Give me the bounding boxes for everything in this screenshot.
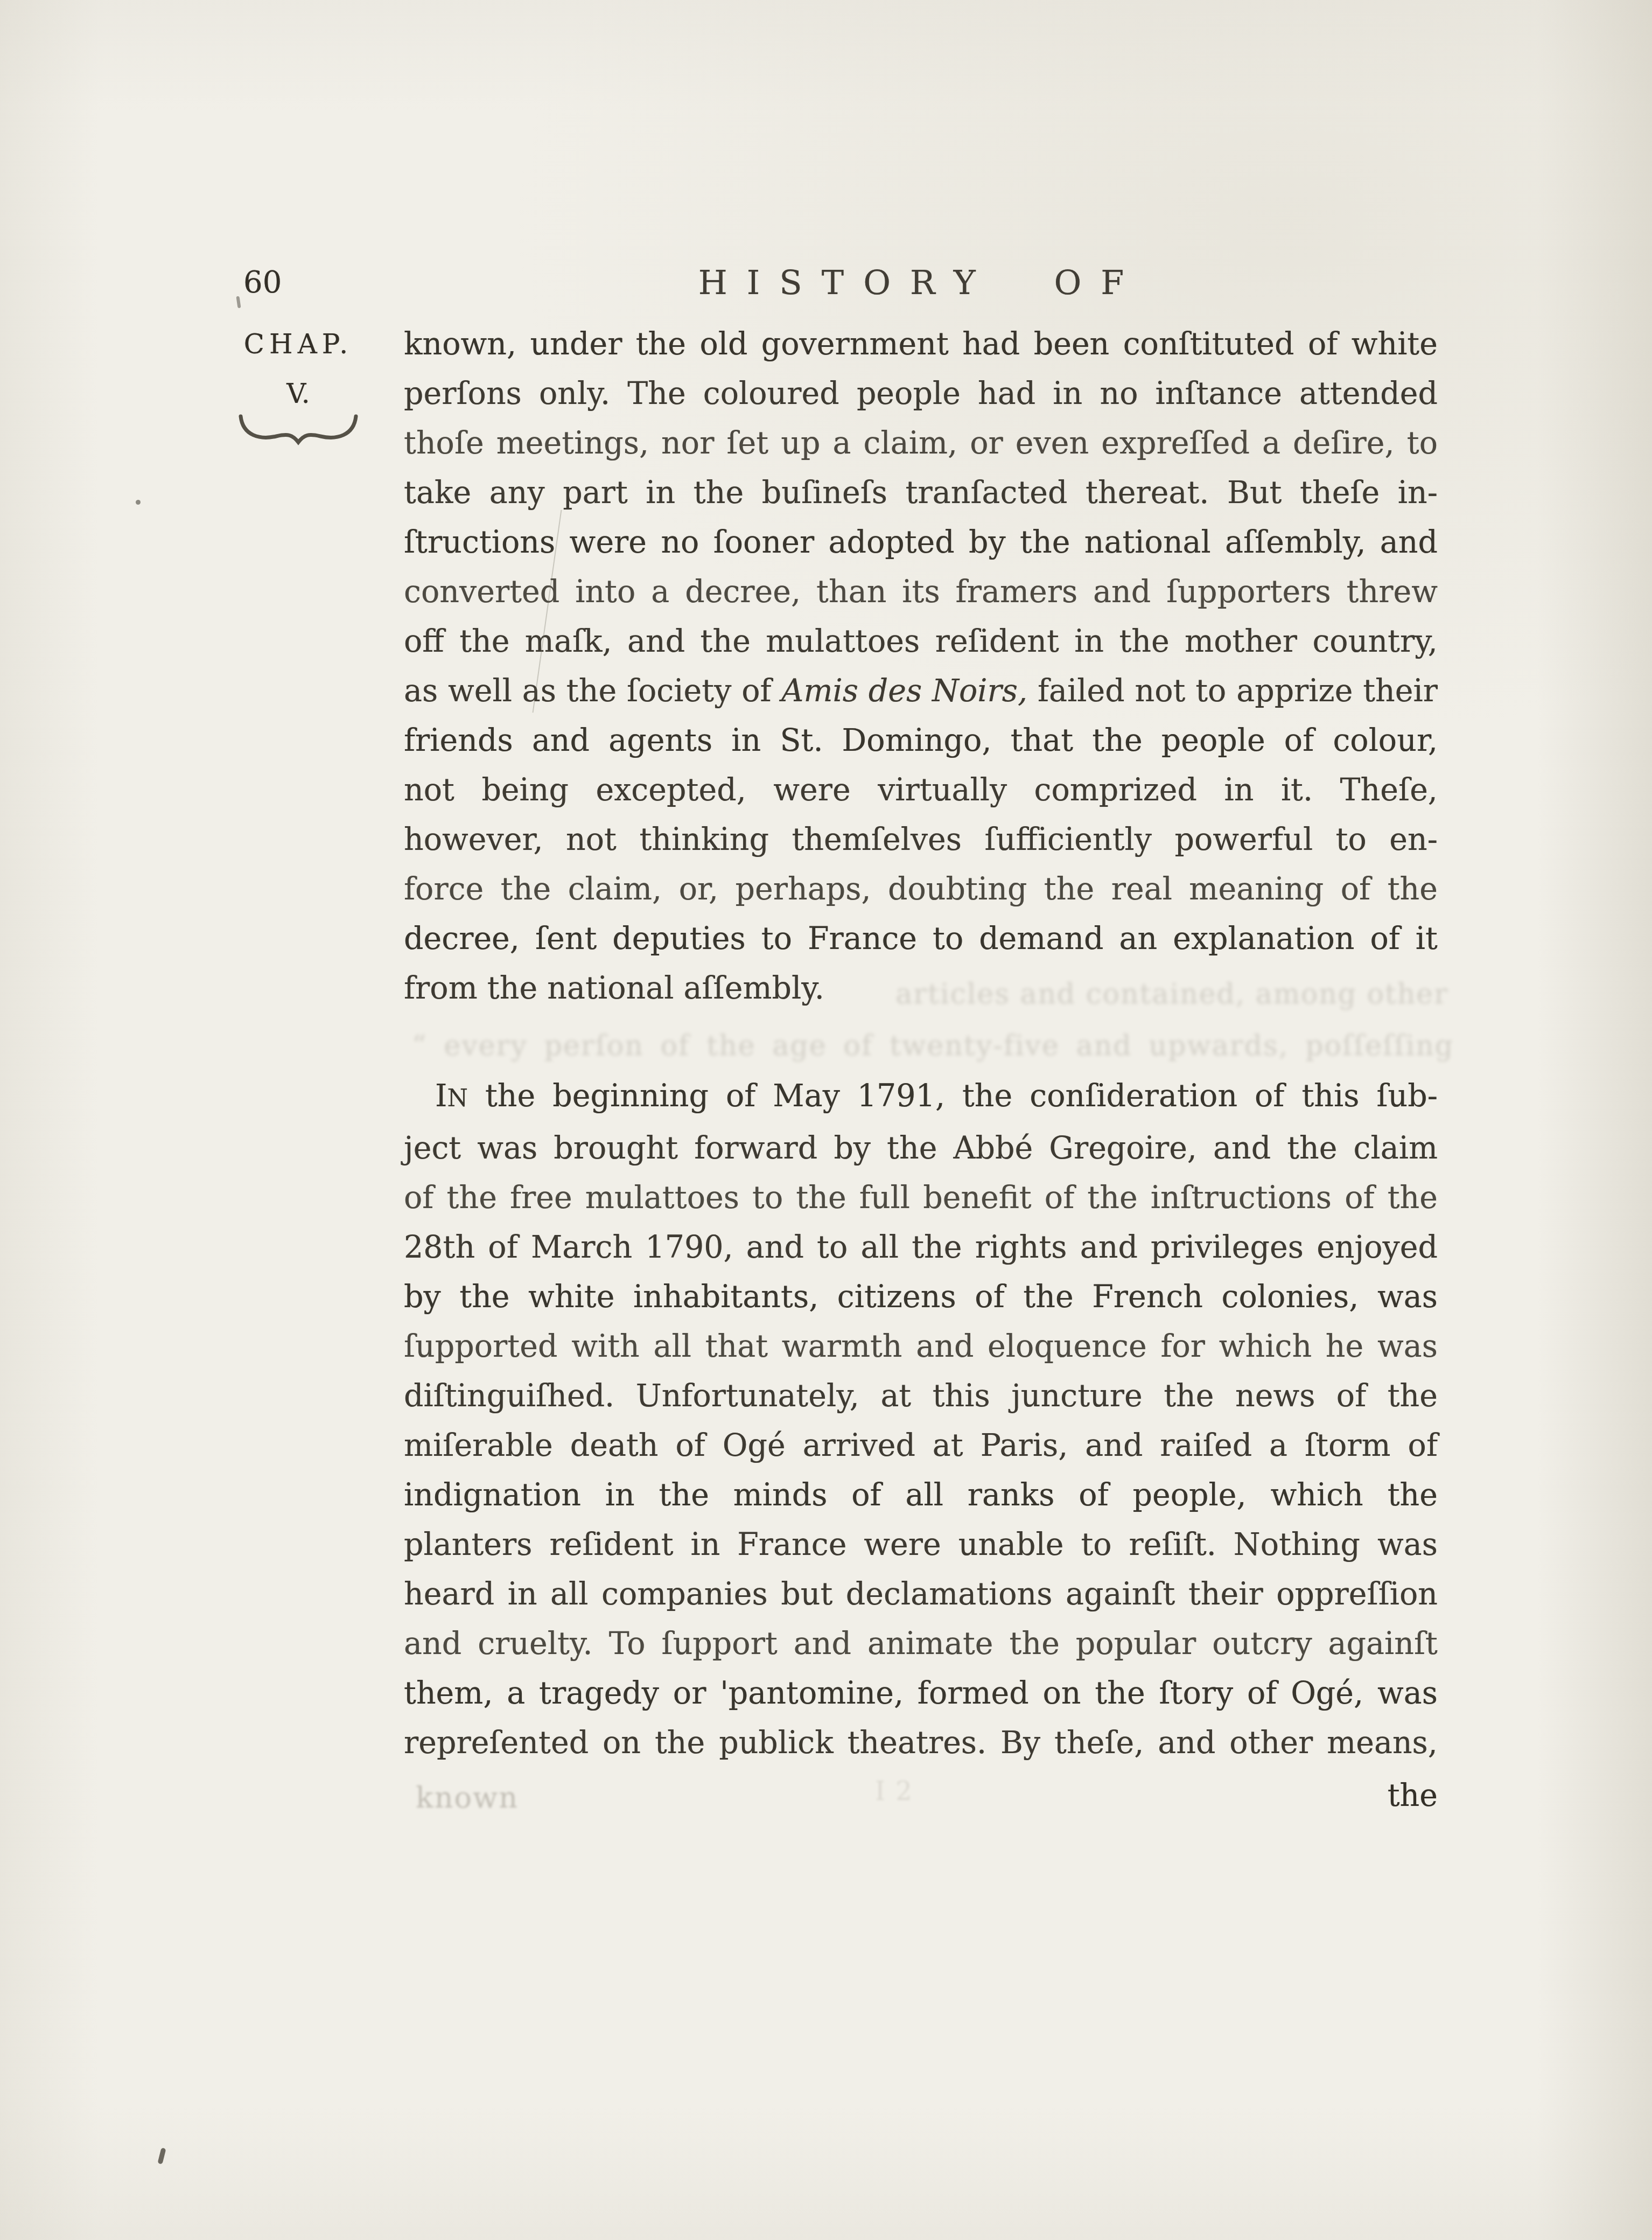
text-line: not being excepted, were virtually compr… <box>404 765 1438 815</box>
paragraph-2: IN the beginning of May 1791, the conſid… <box>404 1071 1438 1768</box>
italic-phrase: Amis des Noirs, <box>781 673 1027 709</box>
text-line: miſerable death of Ogé arrived at Paris,… <box>404 1421 1438 1470</box>
text-line: ject was brought forward by the Abbé Gre… <box>404 1124 1438 1173</box>
text-span: as well as the ſociety of <box>404 673 781 709</box>
text-line: heard in all companies but declamations … <box>404 1569 1438 1619</box>
bleed-through-text: “ every perſon of the age of twenty-five… <box>412 1021 1454 1071</box>
text-line: off the maſk, and the mulattoes reſident… <box>404 617 1438 666</box>
running-title: HISTORY OF <box>404 263 1438 303</box>
text-span: failed not to apprize their <box>1027 673 1438 709</box>
text-line: converted into a decree, than its framer… <box>404 567 1438 617</box>
ink-speck <box>136 500 141 505</box>
catchword: the <box>404 1771 1438 1820</box>
text-line: decree, ſent deputies to France to deman… <box>404 914 1438 964</box>
page-number: 60 <box>243 264 282 302</box>
bleed-through-catchword: known <box>416 1773 519 1823</box>
small-cap: N <box>447 1085 468 1112</box>
chapter-brace-ornament <box>237 411 359 445</box>
text-line-with-italic: as well as the ſociety of Amis des Noirs… <box>404 666 1438 716</box>
text-span: the beginning of May 1791, the conſidera… <box>468 1078 1438 1114</box>
text-line: known, under the old government had been… <box>404 319 1438 369</box>
ink-speck <box>158 2147 166 2164</box>
text-line: by the white inhabitants, citizens of th… <box>404 1272 1438 1322</box>
initial-cap: I <box>435 1078 447 1114</box>
text-line: planters reſident in France were unable … <box>404 1520 1438 1569</box>
text-line: take any part in the buſineſs tranſacted… <box>404 468 1438 518</box>
text-line: indignation in the minds of all ranks of… <box>404 1470 1438 1520</box>
text-line: them, a tragedy or 'pantomine, formed on… <box>404 1669 1438 1718</box>
text-line: friends and agents in St. Domingo, that … <box>404 716 1438 765</box>
text-line: and cruelty. To ſupport and animate the … <box>404 1619 1438 1669</box>
text-line: 28th of March 1790, and to all the right… <box>404 1223 1438 1272</box>
book-page-scan: 60 HISTORY OF CHAP. V. known, under the … <box>0 0 1652 2240</box>
text-line: of the free mulattoes to the full benefi… <box>404 1173 1438 1223</box>
bleed-through-signature-mark: I 2 <box>875 1767 913 1816</box>
text-line: thoſe meetings, nor ſet up a claim, or e… <box>404 418 1438 468</box>
paragraph-1: known, under the old government had been… <box>404 319 1438 1013</box>
text-line: however, not thinking themſelves ſuffici… <box>404 815 1438 864</box>
chapter-sidenote: CHAP. V. <box>230 319 366 445</box>
text-line: force the claim, or, perhaps, doubting t… <box>404 864 1438 914</box>
text-line: perſons only. The coloured people had in… <box>404 369 1438 418</box>
paragraph-first-line: IN the beginning of May 1791, the conſid… <box>404 1071 1438 1124</box>
text-line: diſtinguiſhed. Unfortunately, at this ju… <box>404 1371 1438 1421</box>
text-line: ſupported with all that warmth and eloqu… <box>404 1322 1438 1371</box>
text-line: repreſented on the publick theatres. By … <box>404 1718 1438 1768</box>
ink-speck <box>236 296 241 309</box>
bleed-through-text: articles and contained, among other <box>808 969 1448 1019</box>
chapter-label: CHAP. <box>230 319 366 369</box>
